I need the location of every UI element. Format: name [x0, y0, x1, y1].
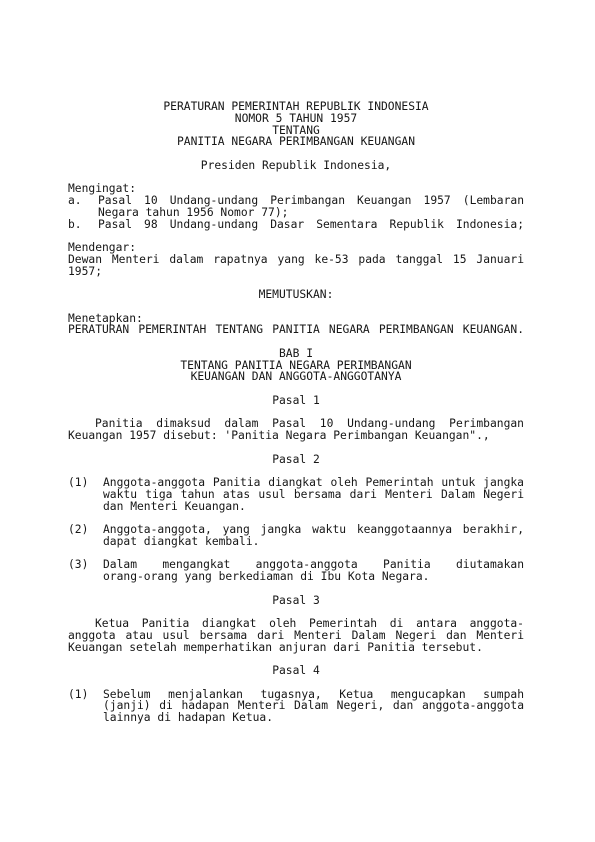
- line-text: Pasal 2: [272, 453, 320, 466]
- line-text: Keuangan 1957 disebut: 'Panitia Negara P…: [68, 429, 490, 442]
- doc-line: lainnya di hadapan Ketua.: [68, 712, 524, 724]
- line-text: PERATURAN PEMERINTAH TENTANG PANITIA NEG…: [68, 323, 524, 336]
- line-text: Presiden Republik Indonesia,: [201, 159, 391, 172]
- list-marker: (3): [68, 559, 88, 571]
- document-body: PERATURAN PEMERINTAH REPUBLIK INDONESIAN…: [68, 101, 524, 724]
- doc-line: b.Pasal 98 Undang-undang Dasar Sementara…: [68, 219, 524, 231]
- doc-line: MEMUTUSKAN:: [68, 289, 524, 301]
- list-marker: b.: [68, 219, 82, 231]
- list-marker: a.: [68, 195, 82, 207]
- doc-line: dapat diangkat kembali.: [68, 536, 524, 548]
- doc-line: [68, 230, 524, 242]
- doc-line: Pasal 3: [68, 595, 524, 607]
- doc-line: Pasal 4: [68, 665, 524, 677]
- document-page: PERATURAN PEMERINTAH REPUBLIK INDONESIAN…: [0, 0, 595, 842]
- doc-line: PANITIA NEGARA PERIMBANGAN KEUANGAN: [68, 136, 524, 148]
- line-text: Keuangan setelah memperhatikan anjuran d…: [68, 641, 483, 654]
- doc-line: KEUANGAN DAN ANGGOTA-ANGGOTANYA: [68, 371, 524, 383]
- line-text: 1957;: [68, 265, 102, 278]
- list-marker: (1): [68, 477, 88, 489]
- line-text: Dewan Menteri dalam rapatnya yang ke-53 …: [68, 253, 524, 266]
- doc-line: PERATURAN PEMERINTAH TENTANG PANITIA NEG…: [68, 324, 524, 336]
- line-text: dan Menteri Keuangan.: [103, 500, 246, 513]
- doc-line: dan Menteri Keuangan.: [68, 501, 524, 513]
- line-text: Pasal 98 Undang-undang Dasar Sementara R…: [98, 218, 524, 231]
- line-text: lainnya di hadapan Ketua.: [103, 711, 273, 724]
- line-text: dapat diangkat kembali.: [103, 535, 259, 548]
- doc-line: Pasal 1: [68, 395, 524, 407]
- doc-line: Dewan Menteri dalam rapatnya yang ke-53 …: [68, 254, 524, 266]
- list-marker: (1): [68, 689, 88, 701]
- doc-line: Keuangan setelah memperhatikan anjuran d…: [68, 642, 524, 654]
- line-text: Pasal 3: [272, 594, 320, 607]
- line-text: PANITIA NEGARA PERIMBANGAN KEUANGAN: [177, 135, 415, 148]
- line-text: Pasal 1: [272, 394, 320, 407]
- doc-line: 1957;: [68, 266, 524, 278]
- line-text: Pasal 4: [272, 664, 320, 677]
- doc-line: Keuangan 1957 disebut: 'Panitia Negara P…: [68, 430, 524, 442]
- line-text: MEMUTUSKAN:: [259, 288, 334, 301]
- doc-line: [68, 172, 524, 184]
- line-text: orang-orang yang berkediaman di Ibu Kota…: [103, 570, 429, 583]
- list-marker: (2): [68, 524, 88, 536]
- doc-line: orang-orang yang berkediaman di Ibu Kota…: [68, 571, 524, 583]
- line-text: KEUANGAN DAN ANGGOTA-ANGGOTANYA: [191, 370, 402, 383]
- doc-line: Pasal 2: [68, 454, 524, 466]
- doc-line: Presiden Republik Indonesia,: [68, 160, 524, 172]
